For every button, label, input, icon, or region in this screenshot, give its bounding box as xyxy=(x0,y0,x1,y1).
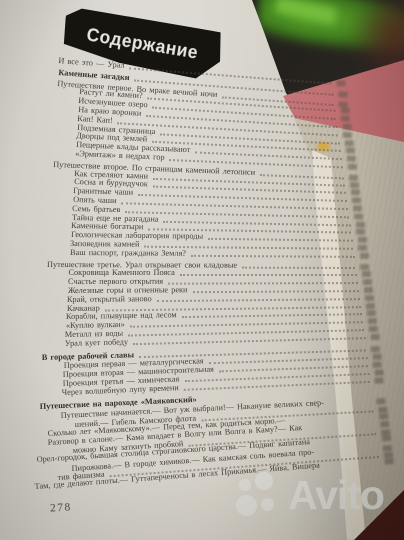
page-number-smudge xyxy=(371,345,380,351)
page-number-smudge xyxy=(375,377,384,383)
page-number-smudge xyxy=(353,205,362,211)
page-number-smudge xyxy=(384,457,393,464)
avito-circle-icon xyxy=(255,472,273,490)
page-number-smudge xyxy=(354,213,363,219)
avito-circle-icon xyxy=(261,498,274,511)
page-number-smudge xyxy=(380,420,389,427)
avito-watermark: Avito xyxy=(236,471,384,519)
dot-leader xyxy=(180,268,357,276)
page-number: 278 xyxy=(50,501,72,514)
toc-entry-title: Ваш паспорт, гражданка Земля? xyxy=(70,249,186,259)
avito-logo-icon xyxy=(236,471,282,519)
page-number-smudge xyxy=(347,163,356,169)
toc-entry-title: Урал кует победу xyxy=(64,338,127,348)
table-of-contents: И все это — УралКаменные загадкиПутешест… xyxy=(0,57,404,491)
page-number-smudge xyxy=(359,252,368,258)
dot-leader xyxy=(190,248,354,257)
page-number-smudge xyxy=(343,131,352,137)
page-number-smudge xyxy=(365,295,374,301)
toc-line: Ваш паспорт, гражданка Земля? xyxy=(70,249,369,260)
page-number-smudge xyxy=(337,91,346,98)
avito-wordmark: Avito xyxy=(288,475,384,516)
page-number-smudge xyxy=(364,287,373,293)
page-number-smudge xyxy=(369,326,378,332)
page-number-smudge xyxy=(382,435,391,442)
avito-circle-icon xyxy=(236,495,257,516)
page-number-smudge xyxy=(358,245,367,251)
page-number-smudge xyxy=(370,333,379,339)
avito-circle-icon xyxy=(239,479,251,491)
dot-leader xyxy=(242,260,355,268)
book-photo: Содержание И все это — УралКаменные зага… xyxy=(0,0,404,540)
leader-spacer xyxy=(320,459,383,470)
page-number-smudge xyxy=(377,398,386,404)
page-number-smudge xyxy=(336,80,345,87)
